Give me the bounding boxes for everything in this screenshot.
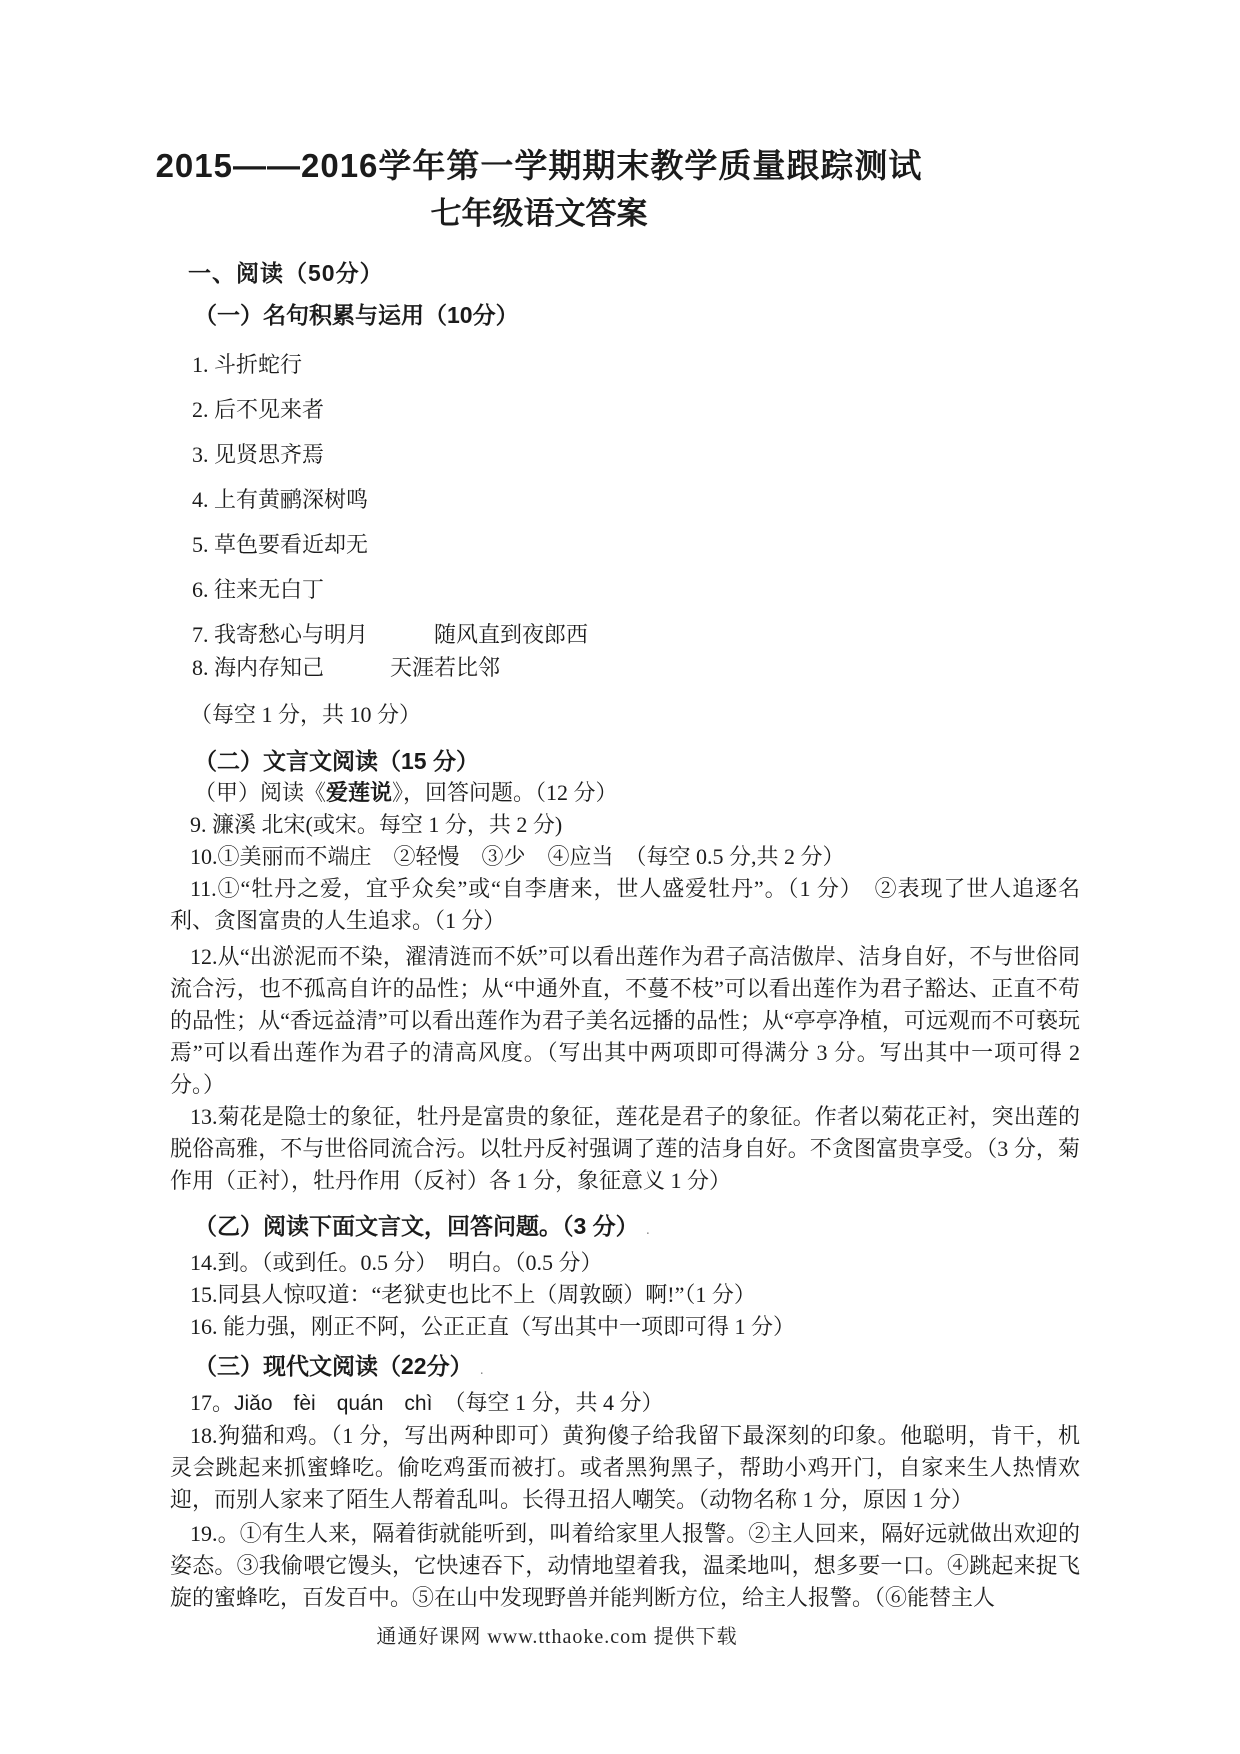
- famous-line-answer-5: 5. 草色要看近却无: [170, 532, 1080, 558]
- famous-line-answer-3: 3. 见贤思齐焉: [170, 442, 1080, 468]
- footer-text: 通通好课网 www.tthaoke.com 提供下载: [376, 1626, 737, 1648]
- jia-intro-suffix: 》，回答问题。（12 分）: [392, 780, 618, 805]
- answer-12: 12.从“出淤泥而不染，濯清涟而不妖”可以看出莲作为君子高洁傲岸、洁身自好，不与…: [170, 941, 1080, 1101]
- answer-content: 一、阅读（50分） （一）名句积累与运用（10分） 1. 斗折蛇行 2. 后不见…: [0, 258, 1240, 1614]
- yi-heading-text: （乙）阅读下面文言文，回答问题。（3 分）: [194, 1213, 639, 1239]
- modern-heading-text: （三）现代文阅读（22分）: [194, 1353, 473, 1379]
- subsection-famous-lines-heading: （一）名句积累与运用（10分）: [194, 300, 1080, 330]
- famous-line-answer-1: 1. 斗折蛇行: [170, 352, 1080, 378]
- section-reading-heading: 一、阅读（50分）: [188, 258, 1080, 288]
- answer-17-pinyin: Jiǎo fèi quán chì: [234, 1392, 432, 1415]
- answer-13: 13.菊花是隐士的象征，牡丹是富贵的象征，莲花是君子的象征。作者以菊花正衬，突出…: [170, 1101, 1080, 1197]
- famous-lines-score-note: （每空 1 分，共 10 分）: [170, 700, 1080, 730]
- page-footer: 通通好课网 www.tthaoke.com 提供下载: [0, 1624, 1114, 1650]
- document-subtitle: 七年级语文答案: [0, 195, 1078, 233]
- answer-11: 11.①“牡丹之爱，宜乎众矣”或“自李唐来，世人盛爱牡丹”。（1 分） ②表现了…: [170, 873, 1080, 937]
- famous-line-answer-7: 7. 我寄愁心与明月 随风直到夜郎西: [170, 622, 1080, 648]
- answer-17: 17。Jiǎo fèi quán chì （每空 1 分，共 4 分）: [170, 1387, 1080, 1420]
- subsection-modern-heading: （三）现代文阅读（22分）.: [194, 1351, 1080, 1385]
- document-title: 2015——2016学年第一学期期末教学质量跟踪测试: [0, 146, 1078, 186]
- passage-yi-heading: （乙）阅读下面文言文，回答问题。（3 分）.: [194, 1211, 1080, 1245]
- answer-19: 19.。①有生人来，隔着街就能听到，叫着给家里人报警。②主人回来，隔好远就做出欢…: [170, 1518, 1080, 1614]
- famous-lines-list: 1. 斗折蛇行 2. 后不见来者 3. 见贤思齐焉 4. 上有黄鹂深树鸣 5. …: [170, 352, 1080, 681]
- exam-answer-page: 2015——2016学年第一学期期末教学质量跟踪测试 七年级语文答案 一、阅读（…: [0, 0, 1240, 1754]
- answer-18: 18.狗猫和鸡。（1 分，写出两种即可）黄狗傻子给我留下最深刻的印象。他聪明，肯…: [170, 1420, 1080, 1516]
- passage-jia-intro: （甲）阅读《爱莲说》，回答问题。（12 分）: [170, 777, 1080, 809]
- answer-14: 14.到。（或到任。0.5 分） 明白。（0.5 分）: [170, 1247, 1080, 1279]
- jia-intro-prefix: （甲）阅读《: [194, 780, 326, 805]
- answer-17-note: （每空 1 分，共 4 分）: [432, 1390, 663, 1415]
- stray-dot-mark-2: .: [480, 1361, 484, 1378]
- famous-line-answer-8: 8. 海内存知己 天涯若比邻: [170, 655, 1080, 681]
- famous-line-answer-2: 2. 后不见来者: [170, 397, 1080, 423]
- answer-15: 15.同县人惊叹道：“老狱吏也比不上（周敦颐）啊!”（1 分）: [170, 1279, 1080, 1311]
- answer-17-number: 17。: [190, 1390, 234, 1415]
- answer-9: 9. 濂溪 北宋(或宋。每空 1 分，共 2 分): [170, 809, 1080, 841]
- answer-16: 16. 能力强，刚正不阿，公正正直（写出其中一项即可得 1 分）: [170, 1311, 1080, 1343]
- document-header: 2015——2016学年第一学期期末教学质量跟踪测试 七年级语文答案: [0, 0, 1078, 233]
- stray-dot-mark: .: [646, 1221, 650, 1238]
- famous-line-answer-6: 6. 往来无白丁: [170, 577, 1080, 603]
- answer-10: 10.①美丽而不端庄 ②轻慢 ③少 ④应当 （每空 0.5 分,共 2 分）: [170, 841, 1080, 873]
- book-title: 爱莲说: [326, 780, 392, 805]
- subsection-classical-heading: （二）文言文阅读（15 分）: [194, 746, 1080, 776]
- famous-line-answer-4: 4. 上有黄鹂深树鸣: [170, 487, 1080, 513]
